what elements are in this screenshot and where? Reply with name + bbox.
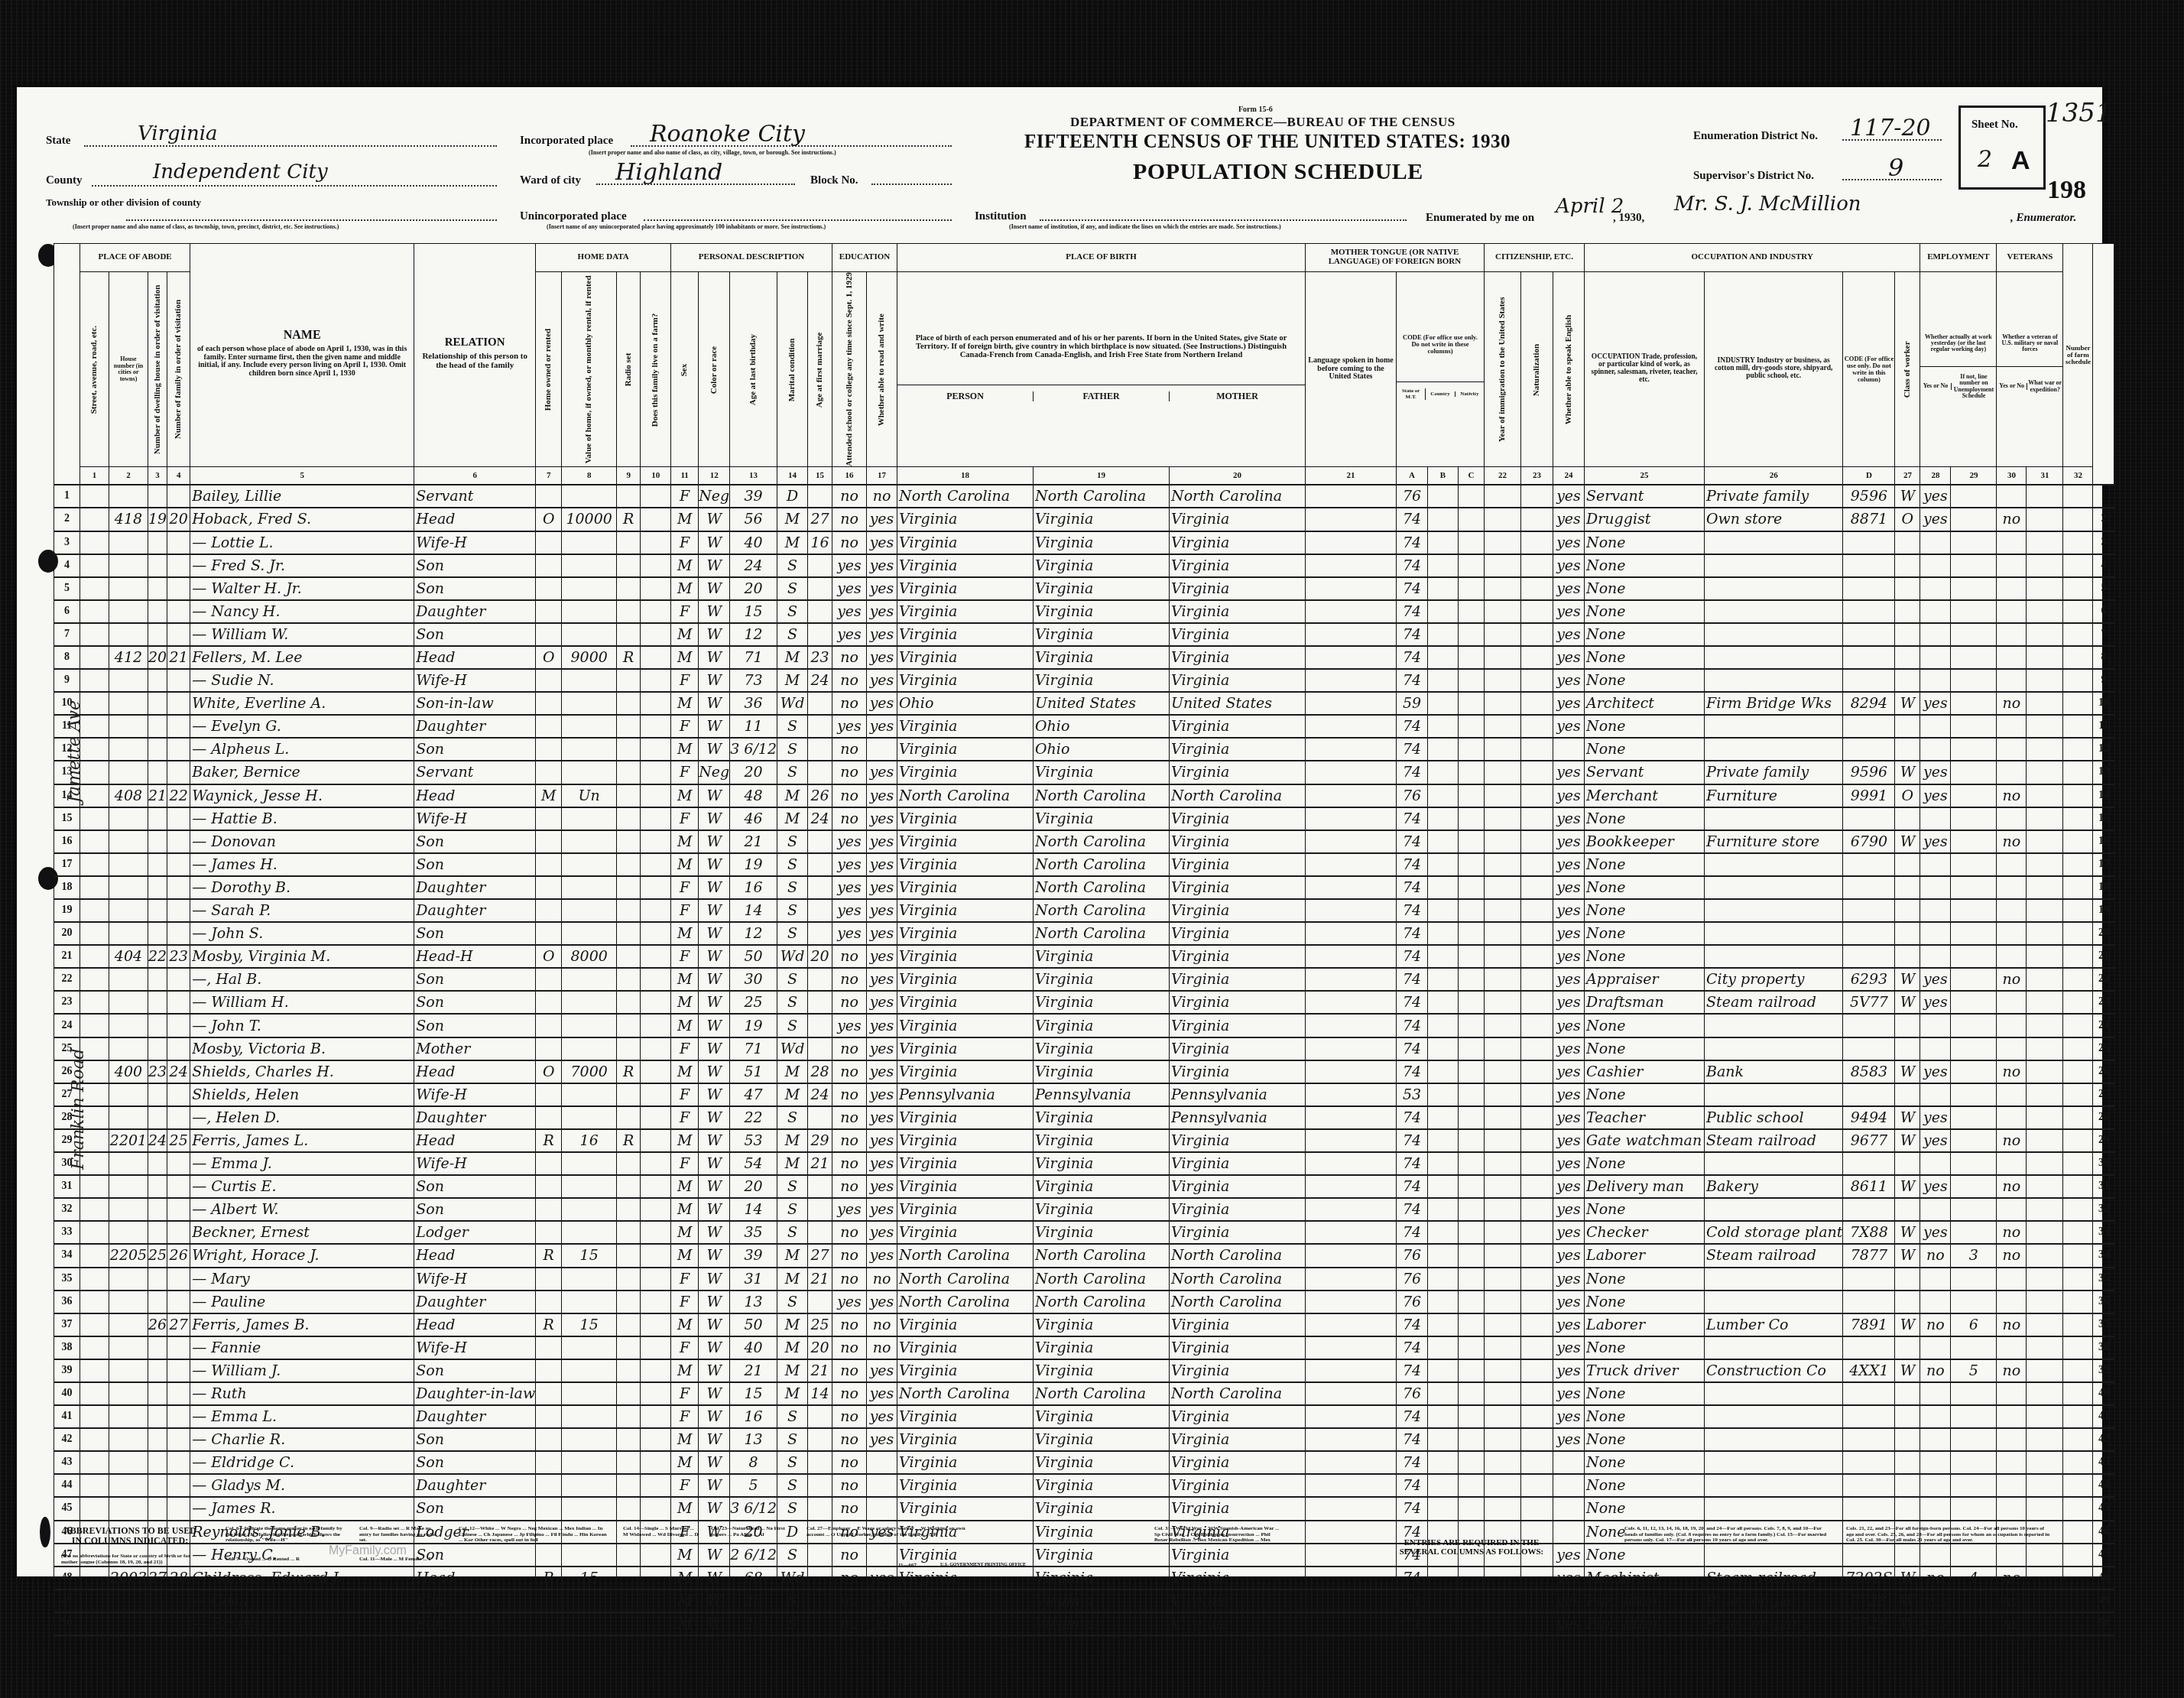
employed-cell (1920, 1497, 1951, 1520)
marital-cell: M (777, 1083, 808, 1106)
family-number-cell (167, 738, 190, 761)
table-row: 40— RuthDaughter-in-lawFW15M14noyesNorth… (54, 1382, 2114, 1405)
school-cell: yes (832, 922, 867, 945)
father-birthplace-cell: Virginia (1034, 1221, 1170, 1244)
mother-birthplace-cell: Virginia (1170, 853, 1306, 876)
code-a-cell: 59 (1397, 692, 1428, 715)
employed-cell: yes (1920, 1589, 1951, 1612)
employed-cell (1920, 876, 1951, 899)
mother-birthplace-cell: Virginia (1170, 646, 1306, 669)
industry-cell (1705, 669, 1843, 692)
block-label: Block No. (810, 174, 858, 187)
code-c-cell (1459, 1336, 1485, 1359)
veteran-cell (1997, 485, 2027, 508)
relation-cell: Son (414, 1198, 536, 1221)
war-cell (2027, 761, 2063, 784)
class-of-worker-cell: W (1895, 1129, 1920, 1152)
occ-code-cell (1843, 922, 1895, 945)
code-c-cell (1459, 784, 1485, 807)
race-cell: W (699, 1268, 730, 1291)
immigration-cell (1485, 876, 1521, 899)
schedule-rows: 1Bailey, LillieServantFNeg39DnonoNorth C… (54, 485, 2114, 1635)
veteran-cell (1997, 623, 2027, 646)
mother-tongue-cell (1306, 485, 1397, 508)
sex-cell: M (671, 623, 699, 646)
relation-cell: Son (414, 554, 536, 577)
father-birthplace-cell: Virginia (1034, 623, 1170, 646)
home-owned-cell (536, 991, 562, 1014)
code-c-cell (1459, 554, 1485, 577)
line-number-right: 2 (2093, 508, 2114, 531)
sex-cell: M (671, 922, 699, 945)
home-value-cell (562, 1083, 617, 1106)
naturalization-cell (1521, 554, 1553, 577)
street-cell (80, 784, 109, 807)
unemployment-line-cell (1951, 807, 1997, 830)
age-cell: 25 (730, 1589, 777, 1612)
war-cell (2027, 623, 2063, 646)
family-number-cell (167, 1336, 190, 1359)
age-marriage-cell (808, 1106, 832, 1129)
school-cell: no (832, 646, 867, 669)
sex-cell: F (671, 761, 699, 784)
read-write-cell: yes (867, 899, 897, 922)
employed-cell (1920, 646, 1951, 669)
street-cell (80, 600, 109, 623)
column-number: 9 (617, 467, 641, 485)
institution-label: Institution (975, 210, 1027, 223)
age-marriage-cell: 20 (808, 1336, 832, 1359)
code-a-cell: 74 (1397, 876, 1428, 899)
line-number: 38 (54, 1336, 80, 1359)
code-a-cell: 74 (1397, 1612, 1428, 1635)
sex-cell: M (671, 692, 699, 715)
immigration-cell (1485, 853, 1521, 876)
english-cell: yes (1553, 1612, 1585, 1635)
home-owned-cell (536, 692, 562, 715)
home-owned-cell: M (536, 784, 562, 807)
form-number: Form 15-6 (1238, 106, 1273, 114)
table-row: 25Mosby, Victoria B.MotherFW71WdnoyesVir… (54, 1037, 2114, 1060)
code-a-cell: 74 (1397, 853, 1428, 876)
table-row: 30— Emma J.Wife-HFW54M21noyesVirginiaVir… (54, 1152, 2114, 1175)
age-marriage-cell (808, 1474, 832, 1497)
sex-cell: F (671, 945, 699, 968)
line-number-right: 18 (2093, 876, 2114, 899)
table-row: 3422052526Wright, Horace J.HeadR15MW39M2… (54, 1244, 2114, 1267)
relation-cell: Son (414, 1175, 536, 1198)
marital-cell: S (777, 738, 808, 761)
table-row: 1Bailey, LillieServantFNeg39DnonoNorth C… (54, 485, 2114, 508)
age-cell: 36 (730, 692, 777, 715)
birthplace-cell: Virginia (897, 554, 1034, 577)
house-number-cell (109, 1037, 148, 1060)
relation-cell: Son-in-law (414, 692, 536, 715)
dwelling-number-header: Number of dwelling house in order of vis… (148, 272, 167, 467)
incorporated-label: Incorporated place (520, 135, 613, 148)
name-cell: — Ruth (190, 1382, 414, 1405)
street-cell (80, 1313, 109, 1336)
english-cell: yes (1553, 945, 1585, 968)
radio-cell: R (617, 508, 641, 531)
line-number: 33 (54, 1221, 80, 1244)
occupation-cell: None (1585, 1497, 1705, 1520)
dwelling-number-cell (148, 922, 167, 945)
line-number-right: 17 (2093, 853, 2114, 876)
immigration-cell (1485, 554, 1521, 577)
home-owned-cell (536, 807, 562, 830)
street-cell (80, 1244, 109, 1267)
war-cell (2027, 715, 2063, 738)
name-cell: Mosby, Victoria B. (190, 1037, 414, 1060)
code-a-cell: 74 (1397, 1106, 1428, 1129)
read-write-cell: yes (867, 1198, 897, 1221)
industry-cell: Steam railroad (1705, 1129, 1843, 1152)
line-number-right: 27 (2093, 1083, 2114, 1106)
occupation-cell: Servant (1585, 485, 1705, 508)
family-number-cell (167, 692, 190, 715)
school-cell: no (832, 1451, 867, 1474)
column-number: 8 (562, 467, 617, 485)
school-cell: no (832, 1175, 867, 1198)
english-cell: yes (1553, 922, 1585, 945)
veteran-cell: no (1997, 1589, 2027, 1612)
occupation-cell: None (1585, 669, 1705, 692)
read-write-cell: yes (867, 692, 897, 715)
read-write-cell: yes (867, 830, 897, 853)
war-cell (2027, 577, 2063, 600)
occupation-cell: None (1585, 807, 1705, 830)
table-row: 372627Ferris, James B.HeadR15MW50M25nono… (54, 1313, 2114, 1336)
radio-cell (617, 554, 641, 577)
line-number: 23 (54, 991, 80, 1014)
naturalization-cell (1521, 738, 1553, 761)
occupation-cell: Servant (1585, 761, 1705, 784)
english-cell: yes (1553, 485, 1585, 508)
age-marriage-cell: 14 (808, 1382, 832, 1405)
name-cell: — James R. (190, 1497, 414, 1520)
employed-cell (1920, 922, 1951, 945)
birthplace-cell: Pennsylvania (897, 1083, 1034, 1106)
line-number: 37 (54, 1313, 80, 1336)
name-cell: — William H. (190, 991, 414, 1014)
sex-cell: F (671, 669, 699, 692)
code-a-cell: 74 (1397, 738, 1428, 761)
mother-birthplace-cell: Virginia (1170, 876, 1306, 899)
immigration-cell (1485, 1175, 1521, 1198)
name-cell: — Eldridge C. (190, 1451, 414, 1474)
state-value: Virginia (138, 122, 218, 145)
house-number-cell (109, 807, 148, 830)
sex-cell: F (671, 531, 699, 554)
code-c-header: Nativity (1455, 391, 1484, 397)
mother-tongue-cell (1306, 1037, 1397, 1060)
code-b-cell (1428, 715, 1459, 738)
printer: U.S. GOVERNMENT PRINTING OFFICE (940, 1563, 1026, 1568)
family-number-cell (167, 1612, 190, 1635)
father-birthplace-cell: Virginia (1034, 968, 1170, 991)
sex-cell: M (671, 968, 699, 991)
home-data-header: HOME DATA (536, 244, 671, 272)
father-birthplace-cell: Virginia (1034, 1336, 1170, 1359)
code-a-cell: 74 (1397, 1037, 1428, 1060)
birthplace-cell: Virginia (897, 1152, 1034, 1175)
age-marriage-cell: 24 (808, 1083, 832, 1106)
column-number: 12 (699, 467, 730, 485)
code-b-cell (1428, 807, 1459, 830)
industry-cell (1705, 623, 1843, 646)
war-cell (2027, 1175, 2063, 1198)
street-cell (80, 807, 109, 830)
naturalization-cell (1521, 1405, 1553, 1428)
employed-cell: no (1920, 1359, 1951, 1382)
school-cell: no (832, 669, 867, 692)
class-of-worker-cell: W (1895, 1612, 1920, 1635)
naturalization-cell (1521, 922, 1553, 945)
unemployment-line-cell (1951, 554, 1997, 577)
radio-cell (617, 1612, 641, 1635)
table-row: 24— John T.SonMW19SyesyesVirginiaVirgini… (54, 1014, 2114, 1037)
radio-cell (617, 738, 641, 761)
farm-cell (641, 1474, 671, 1497)
birthplace-cell: Virginia (897, 1612, 1034, 1635)
industry-cell: Firm Bridge Wks (1705, 692, 1843, 715)
home-owned-cell (536, 738, 562, 761)
english-cell: yes (1553, 1037, 1585, 1060)
farm-cell (641, 1129, 671, 1152)
family-number-cell (167, 922, 190, 945)
father-birthplace-cell: Virginia (1034, 1129, 1170, 1152)
line-number: 36 (54, 1291, 80, 1313)
family-number-cell (167, 1405, 190, 1428)
name-cell: — Walter H. Jr. (190, 577, 414, 600)
occ-code-cell: 9596 (1843, 761, 1895, 784)
home-owned-cell (536, 968, 562, 991)
occupation-cell: None (1585, 1083, 1705, 1106)
war-cell (2027, 1083, 2063, 1106)
home-value-cell (562, 1405, 617, 1428)
marital-cell: Wd (777, 945, 808, 968)
read-write-cell: yes (867, 1014, 897, 1037)
sex-cell: M (671, 508, 699, 531)
occ-code-cell: 7891 (1843, 1313, 1895, 1336)
farm-schedule-cell (2063, 715, 2093, 738)
age-cell: 54 (730, 1152, 777, 1175)
relation-cell: Son (414, 922, 536, 945)
farm-cell (641, 1451, 671, 1474)
occupation-cell: Cashier (1585, 1060, 1705, 1083)
farm-schedule-cell (2063, 1221, 2093, 1244)
column-number: 27 (1895, 467, 1920, 485)
veteran-cell (1997, 1083, 2027, 1106)
age-marriage-cell (808, 991, 832, 1014)
marital-cell: M (777, 1359, 808, 1382)
birthplace-cell: Virginia (897, 922, 1034, 945)
unemployment-line-cell (1951, 1106, 1997, 1129)
farm-cell (641, 508, 671, 531)
name-cell: — John T. (190, 1014, 414, 1037)
race-cell: W (699, 600, 730, 623)
unemployment-line-cell (1951, 1268, 1997, 1291)
industry-cell: Steam railroad (1705, 1244, 1843, 1267)
unemployment-line-cell (1951, 1152, 1997, 1175)
unemployment-line-cell (1951, 1129, 1997, 1152)
sex-cell: F (671, 600, 699, 623)
farm-schedule-cell (2063, 1474, 2093, 1497)
column-number: 28 (1920, 467, 1951, 485)
mother-birthplace-cell: Virginia (1170, 1612, 1306, 1635)
line-number: 21 (54, 945, 80, 968)
line-number-right: 50 (2093, 1612, 2114, 1635)
entries-note-1: Cols. 6, 11, 12, 13, 14, 16, 18, 19, 20,… (1624, 1526, 1831, 1544)
veteran-cell (1997, 761, 2027, 784)
naturalization-cell (1521, 1359, 1553, 1382)
home-owned-cell (536, 1451, 562, 1474)
sex-cell: M (671, 1428, 699, 1451)
farm-schedule-cell (2063, 1268, 2093, 1291)
age-marriage-cell: 25 (808, 1313, 832, 1336)
farm-cell (641, 784, 671, 807)
veteran-cell (1997, 600, 2027, 623)
occupation-cell: Merchant (1585, 784, 1705, 807)
occ-code-cell (1843, 1083, 1895, 1106)
unincorporated-label: Unincorporated place (520, 210, 627, 223)
mother-birthplace-cell: Virginia (1170, 600, 1306, 623)
radio-cell (617, 1221, 641, 1244)
street-cell (80, 669, 109, 692)
veteran-cell (1997, 1382, 2027, 1405)
code-b-cell (1428, 1497, 1459, 1520)
naturalization-cell (1521, 1428, 1553, 1451)
table-row: 49— CecilSonMW25SnoyesVirginiaVirginiaVi… (54, 1589, 2114, 1612)
home-value-cell: 16 (562, 1129, 617, 1152)
industry-cell: Own store (1705, 508, 1843, 531)
mother-tongue-cell (1306, 508, 1397, 531)
family-number-header: Number of family in order of visitation (167, 272, 190, 467)
code-a-cell: 74 (1397, 945, 1428, 968)
class-of-worker-cell: W (1895, 1244, 1920, 1267)
table-row: 144082122Waynick, Jesse H.HeadMUnMW48M26… (54, 784, 2114, 807)
line-number-header-right (2093, 244, 2114, 485)
relation-header: RELATIONRelationship of this person to t… (414, 244, 536, 467)
code-a-cell: 53 (1397, 1083, 1428, 1106)
dwelling-number-cell (148, 1497, 167, 1520)
age-marriage-cell (808, 1589, 832, 1612)
english-cell (1553, 1497, 1585, 1520)
age-marriage-cell: 16 (808, 531, 832, 554)
farm-schedule-cell (2063, 1291, 2093, 1313)
occ-code-cell (1843, 853, 1895, 876)
table-row: 5— Walter H. Jr.SonMW20SyesyesVirginiaVi… (54, 577, 2114, 600)
read-write-cell: no (867, 1313, 897, 1336)
english-cell (1553, 738, 1585, 761)
code-c-cell (1459, 922, 1485, 945)
column-number: 23 (1521, 467, 1553, 485)
relation-cell: Head (414, 1244, 536, 1267)
mother-tongue-cell (1306, 738, 1397, 761)
line-number-right: 49 (2093, 1589, 2114, 1612)
home-value-cell (562, 1589, 617, 1612)
sex-cell: F (671, 1405, 699, 1428)
mother-tongue-cell (1306, 1175, 1397, 1198)
class-of-worker-cell: O (1895, 784, 1920, 807)
employed-cell: yes (1920, 1175, 1951, 1198)
line-number: 50 (54, 1612, 80, 1635)
age-cell: 16 (730, 876, 777, 899)
relation-cell: Servant (414, 485, 536, 508)
street-cell (80, 853, 109, 876)
sex-cell: F (671, 1037, 699, 1060)
age-cell: 11 (730, 715, 777, 738)
school-cell: no (832, 807, 867, 830)
code-b-cell (1428, 1336, 1459, 1359)
war-cell (2027, 1037, 2063, 1060)
home-value-cell (562, 899, 617, 922)
county-label: County (46, 174, 83, 187)
mother-tongue-cell (1306, 715, 1397, 738)
family-number-cell (167, 577, 190, 600)
class-of-worker-cell: W (1895, 1359, 1920, 1382)
family-number-cell (167, 1175, 190, 1198)
father-birthplace-cell: Pennsylvania (1034, 1083, 1170, 1106)
english-cell: yes (1553, 830, 1585, 853)
school-cell: yes (832, 1198, 867, 1221)
read-write-cell: yes (867, 945, 897, 968)
naturalization-cell (1521, 1060, 1553, 1083)
mother-birthplace-cell: Virginia (1170, 922, 1306, 945)
dwelling-number-cell (148, 1336, 167, 1359)
language-header: Language spoken in home before coming to… (1306, 272, 1397, 467)
line-number-right: 31 (2093, 1175, 2114, 1198)
age-cell: 50 (730, 945, 777, 968)
employment-header: EMPLOYMENT (1920, 244, 1997, 272)
line-number: 7 (54, 623, 80, 646)
dwelling-number-cell (148, 1014, 167, 1037)
code-c-cell (1459, 1129, 1485, 1152)
table-row: 9— Sudie N.Wife-HFW73M24noyesVirginiaVir… (54, 669, 2114, 692)
immigration-cell (1485, 1129, 1521, 1152)
school-cell: no (832, 1612, 867, 1635)
occ-code-cell: 9991 (1843, 784, 1895, 807)
veteran-cell (1997, 1037, 2027, 1060)
code-b-header: Country (1426, 391, 1455, 397)
farm-cell (641, 1014, 671, 1037)
line-number: 19 (54, 899, 80, 922)
sex-cell: F (671, 1268, 699, 1291)
line-number: 17 (54, 853, 80, 876)
war-cell (2027, 738, 2063, 761)
radio-cell (617, 807, 641, 830)
unemployment-line-cell (1951, 922, 1997, 945)
radio-cell: R (617, 1129, 641, 1152)
street-cell (80, 1612, 109, 1635)
table-row: 35— MaryWife-HFW31M21nonoNorth CarolinaN… (54, 1268, 2114, 1291)
relation-cell: Daughter (414, 876, 536, 899)
house-number-cell (109, 554, 148, 577)
age-marriage-cell: 24 (808, 807, 832, 830)
farm-cell (641, 1359, 671, 1382)
ed-value: 117-20 (1850, 115, 1931, 141)
industry-cell (1705, 1152, 1843, 1175)
marital-cell: S (777, 830, 808, 853)
home-owned-cell (536, 1428, 562, 1451)
birthplace-cell: North Carolina (897, 784, 1034, 807)
class-of-worker-cell: O (1895, 508, 1920, 531)
industry-cell: Bakery (1705, 1175, 1843, 1198)
age-cell: 20 (730, 1175, 777, 1198)
class-of-worker-cell: W (1895, 1313, 1920, 1336)
mother-tongue-cell (1306, 1336, 1397, 1359)
